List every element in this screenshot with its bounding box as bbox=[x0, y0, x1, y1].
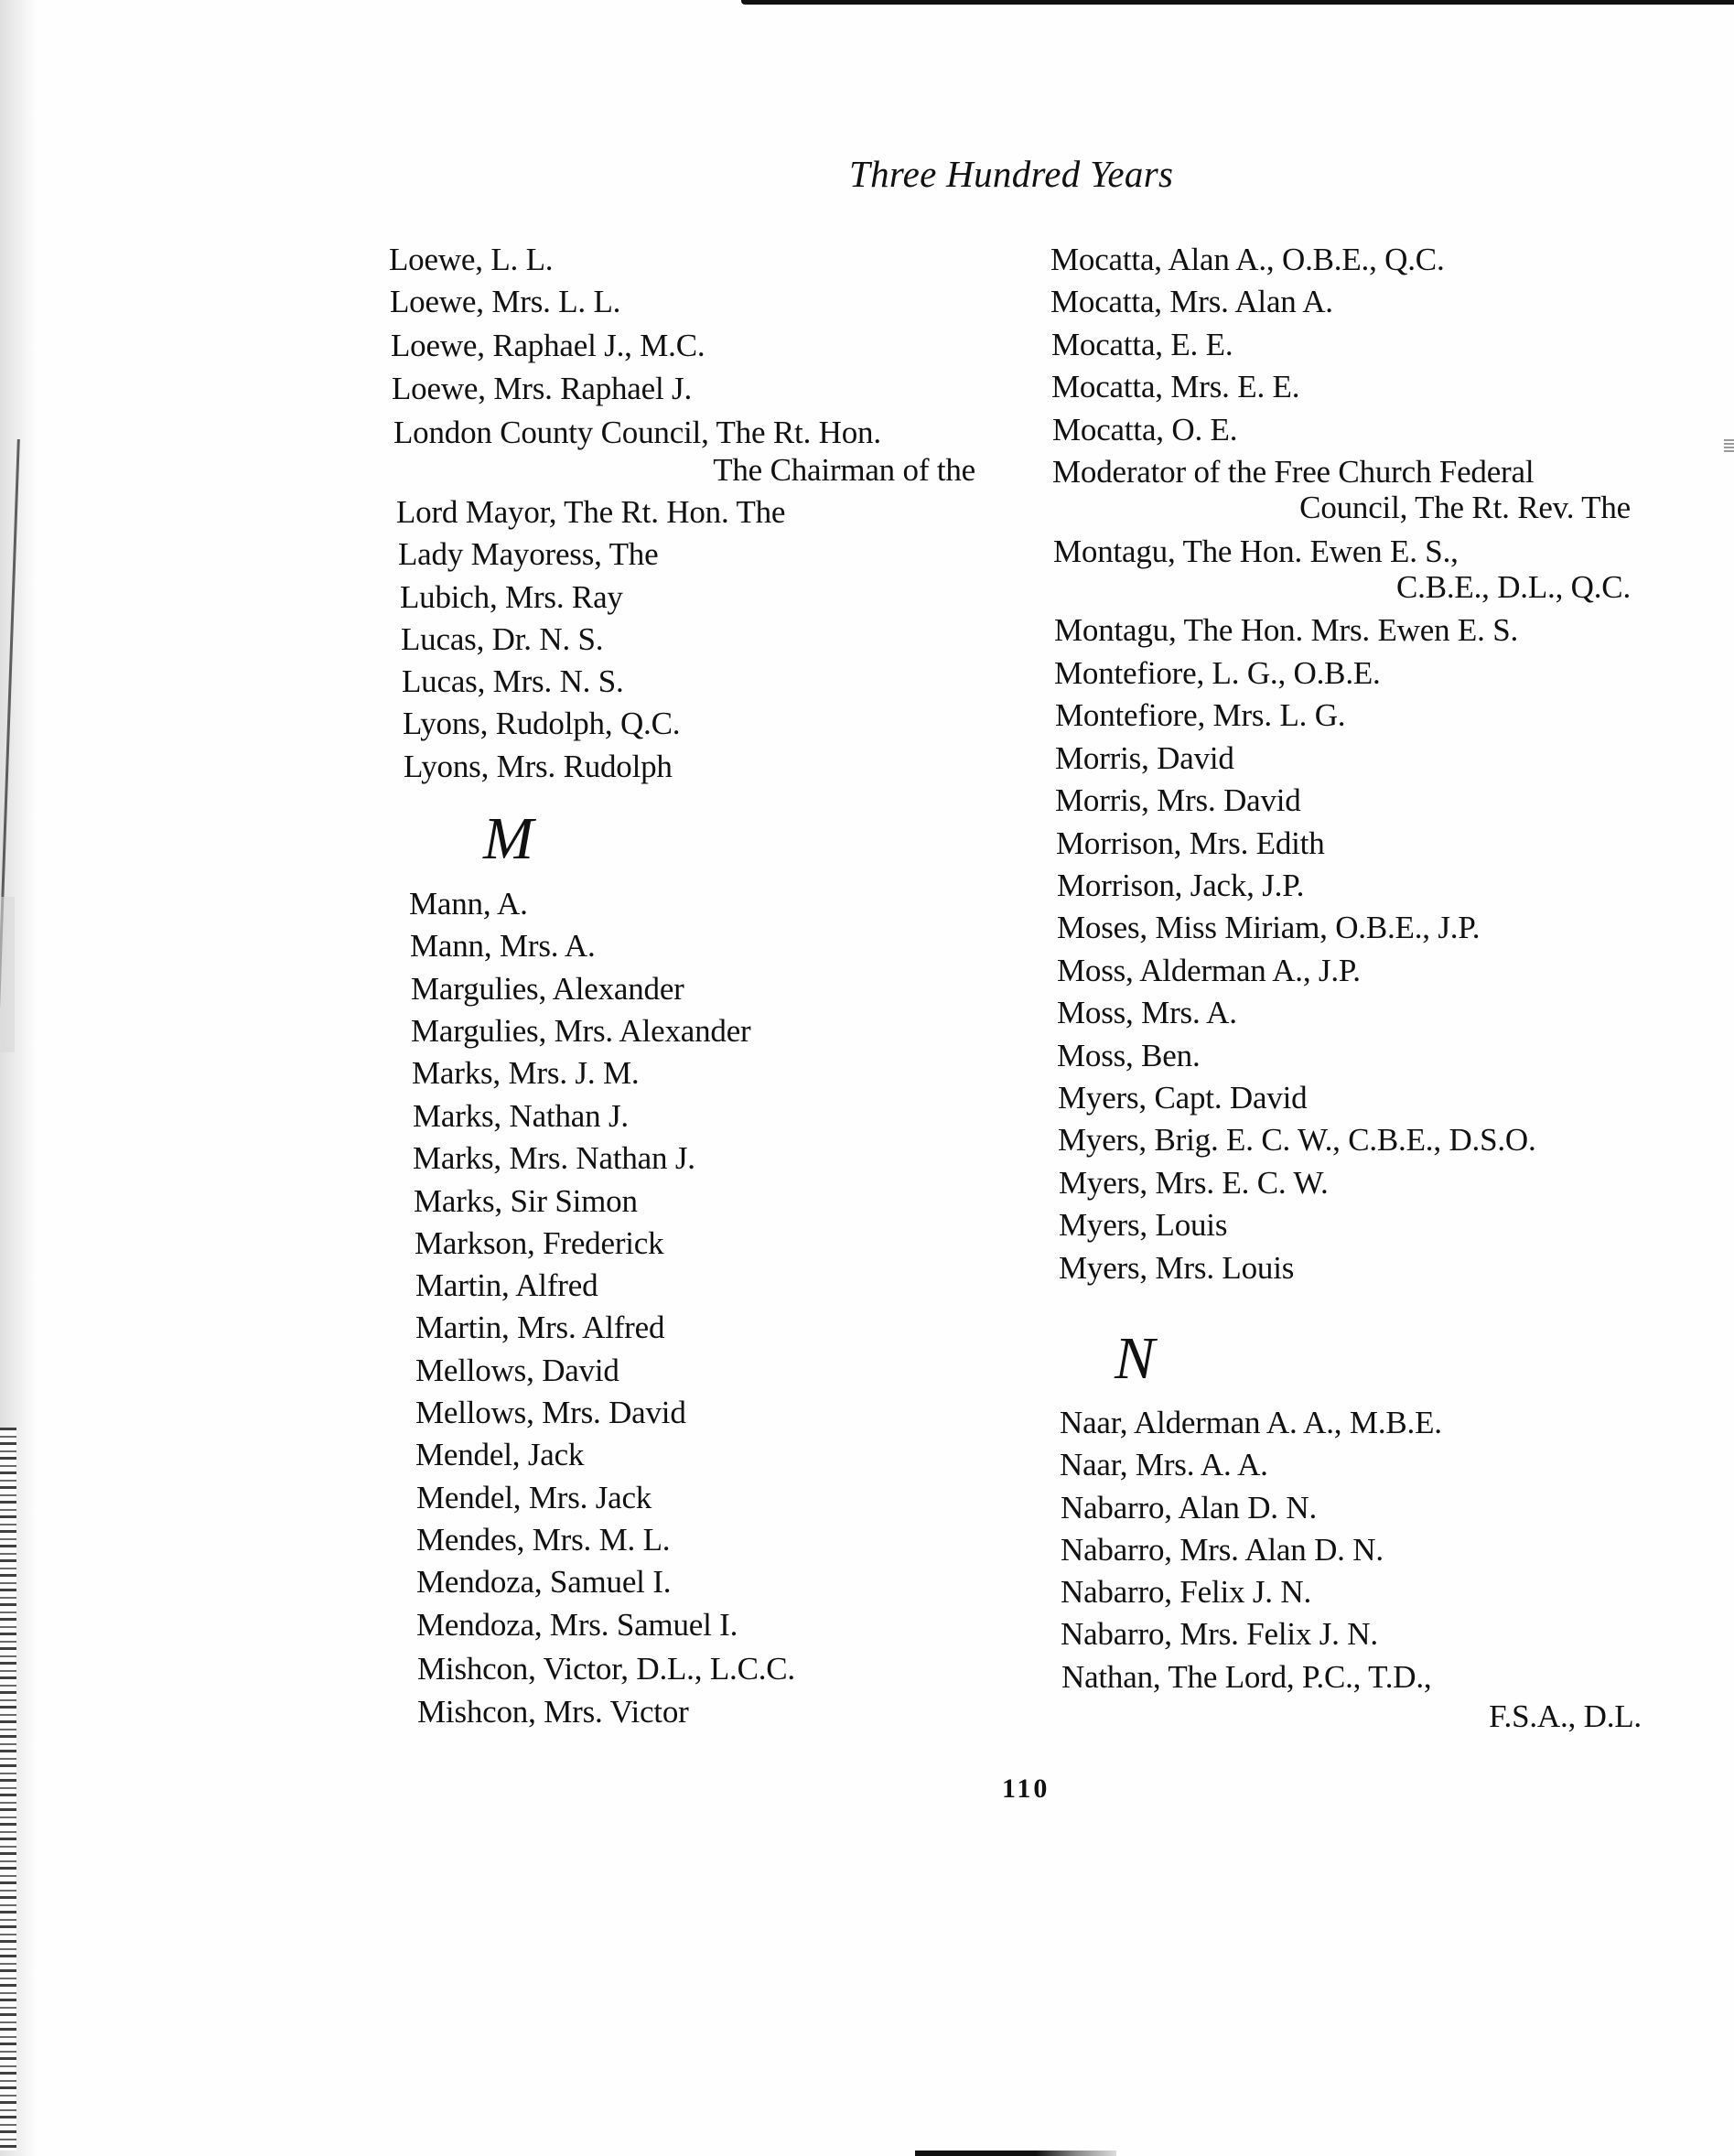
list-item: Montagu, The Hon. Ewen E. S., bbox=[1053, 535, 1459, 567]
section-letter-m: M bbox=[483, 809, 533, 869]
list-item: Moss, Alderman A., J.P. bbox=[1057, 954, 1361, 986]
list-item: Myers, Mrs. Louis bbox=[1059, 1252, 1294, 1284]
list-item: Mendoza, Samuel I. bbox=[416, 1566, 671, 1598]
list-item: Nabarro, Alan D. N. bbox=[1061, 1492, 1317, 1524]
list-item: Mocatta, Alan A., O.B.E., Q.C. bbox=[1050, 243, 1445, 275]
list-item: Lucas, Mrs. N. S. bbox=[402, 665, 624, 697]
list-item: Mellows, David bbox=[415, 1354, 619, 1386]
scan-edge-bottom bbox=[915, 2151, 1116, 2156]
list-item: Mendel, Jack bbox=[415, 1439, 584, 1471]
list-item: Morrison, Mrs. Edith bbox=[1056, 827, 1325, 859]
list-item-continuation: Council, The Rt. Rev. The bbox=[1190, 491, 1631, 523]
section-letter-n: N bbox=[1115, 1329, 1155, 1389]
book-page: Three Hundred Years Loewe, L. L. Loewe, … bbox=[0, 0, 1734, 2156]
list-item: Mishcon, Victor, D.L., L.C.C. bbox=[417, 1653, 795, 1685]
list-item: Morris, David bbox=[1055, 742, 1234, 774]
list-item: Morrison, Jack, J.P. bbox=[1057, 869, 1304, 901]
scan-edge-top bbox=[741, 0, 1734, 5]
list-item: Moderator of the Free Church Federal bbox=[1052, 456, 1534, 488]
list-item: Lyons, Rudolph, Q.C. bbox=[403, 707, 680, 739]
list-item: Lubich, Mrs. Ray bbox=[400, 581, 623, 613]
list-item: Markson, Frederick bbox=[415, 1227, 663, 1259]
list-item: Naar, Alderman A. A., M.B.E. bbox=[1060, 1407, 1442, 1439]
list-item: Martin, Alfred bbox=[415, 1269, 598, 1301]
scan-edge-streaks bbox=[0, 1428, 16, 2151]
list-item: Montagu, The Hon. Mrs. Ewen E. S. bbox=[1054, 614, 1518, 646]
list-item-continuation: F.S.A., D.L. bbox=[1373, 1700, 1642, 1732]
list-item: Lucas, Dr. N. S. bbox=[401, 623, 603, 655]
list-item: Loewe, Mrs. Raphael J. bbox=[392, 372, 692, 404]
list-item: Marks, Nathan J. bbox=[413, 1100, 629, 1132]
list-item: Montefiore, Mrs. L. G. bbox=[1055, 699, 1345, 731]
list-item: London County Council, The Rt. Hon. bbox=[393, 416, 881, 448]
list-item: Mocatta, O. E. bbox=[1052, 414, 1237, 446]
list-item-continuation: The Chairman of the bbox=[595, 454, 975, 486]
list-item: Marks, Sir Simon bbox=[414, 1185, 638, 1217]
list-item: Nabarro, Felix J. N. bbox=[1061, 1576, 1311, 1608]
scan-edge-shadow bbox=[0, 897, 15, 1052]
list-item: Moss, Mrs. A. bbox=[1057, 997, 1237, 1029]
list-item: Loewe, L. L. bbox=[389, 243, 553, 275]
list-item: Nathan, The Lord, P.C., T.D., bbox=[1061, 1661, 1431, 1693]
list-item: Myers, Capt. David bbox=[1058, 1082, 1307, 1114]
list-item: Mendel, Mrs. Jack bbox=[416, 1482, 652, 1514]
list-item: Loewe, Mrs. L. L. bbox=[390, 286, 620, 318]
list-item: Loewe, Raphael J., M.C. bbox=[391, 329, 705, 361]
list-item: Margulies, Alexander bbox=[411, 973, 684, 1005]
list-item: Nabarro, Mrs. Felix J. N. bbox=[1061, 1618, 1378, 1650]
list-item: Martin, Mrs. Alfred bbox=[415, 1311, 664, 1343]
list-item: Nabarro, Mrs. Alan D. N. bbox=[1061, 1534, 1384, 1566]
list-item: Mann, Mrs. A. bbox=[410, 930, 596, 962]
list-item: Myers, Mrs. E. C. W. bbox=[1059, 1167, 1329, 1199]
list-item: Moss, Ben. bbox=[1057, 1040, 1201, 1072]
list-item: Myers, Louis bbox=[1059, 1209, 1227, 1241]
list-item: Mocatta, Mrs. Alan A. bbox=[1050, 286, 1333, 318]
list-item: Marks, Mrs. Nathan J. bbox=[413, 1142, 695, 1174]
list-item: Margulies, Mrs. Alexander bbox=[411, 1015, 751, 1047]
list-item: Myers, Brig. E. C. W., C.B.E., D.S.O. bbox=[1058, 1124, 1536, 1156]
list-item: Mocatta, E. E. bbox=[1051, 329, 1233, 361]
list-item: Mendoza, Mrs. Samuel I. bbox=[416, 1609, 738, 1641]
page-number: 110 bbox=[1002, 1773, 1050, 1805]
list-item: Morris, Mrs. David bbox=[1055, 784, 1301, 816]
list-item-continuation: C.B.E., D.L., Q.C. bbox=[1281, 571, 1631, 603]
list-item: Mishcon, Mrs. Victor bbox=[417, 1696, 689, 1728]
list-item: Mocatta, Mrs. E. E. bbox=[1051, 371, 1299, 403]
list-item: Naar, Mrs. A. A. bbox=[1060, 1449, 1268, 1481]
list-item: Lady Mayoress, The bbox=[398, 538, 658, 570]
list-item: Mann, A. bbox=[409, 888, 528, 920]
list-item: Lord Mayor, The Rt. Hon. The bbox=[396, 496, 785, 528]
running-header: Three Hundred Years bbox=[849, 152, 1173, 196]
list-item: Lyons, Mrs. Rudolph bbox=[404, 750, 673, 782]
list-item: Moses, Miss Miriam, O.B.E., J.P. bbox=[1057, 911, 1480, 943]
list-item: Montefiore, L. G., O.B.E. bbox=[1054, 657, 1381, 689]
list-item: Mellows, Mrs. David bbox=[415, 1396, 686, 1428]
list-item: Mendes, Mrs. M. L. bbox=[416, 1524, 670, 1556]
scan-edge-right-mark bbox=[1724, 439, 1734, 452]
list-item: Marks, Mrs. J. M. bbox=[412, 1057, 639, 1089]
